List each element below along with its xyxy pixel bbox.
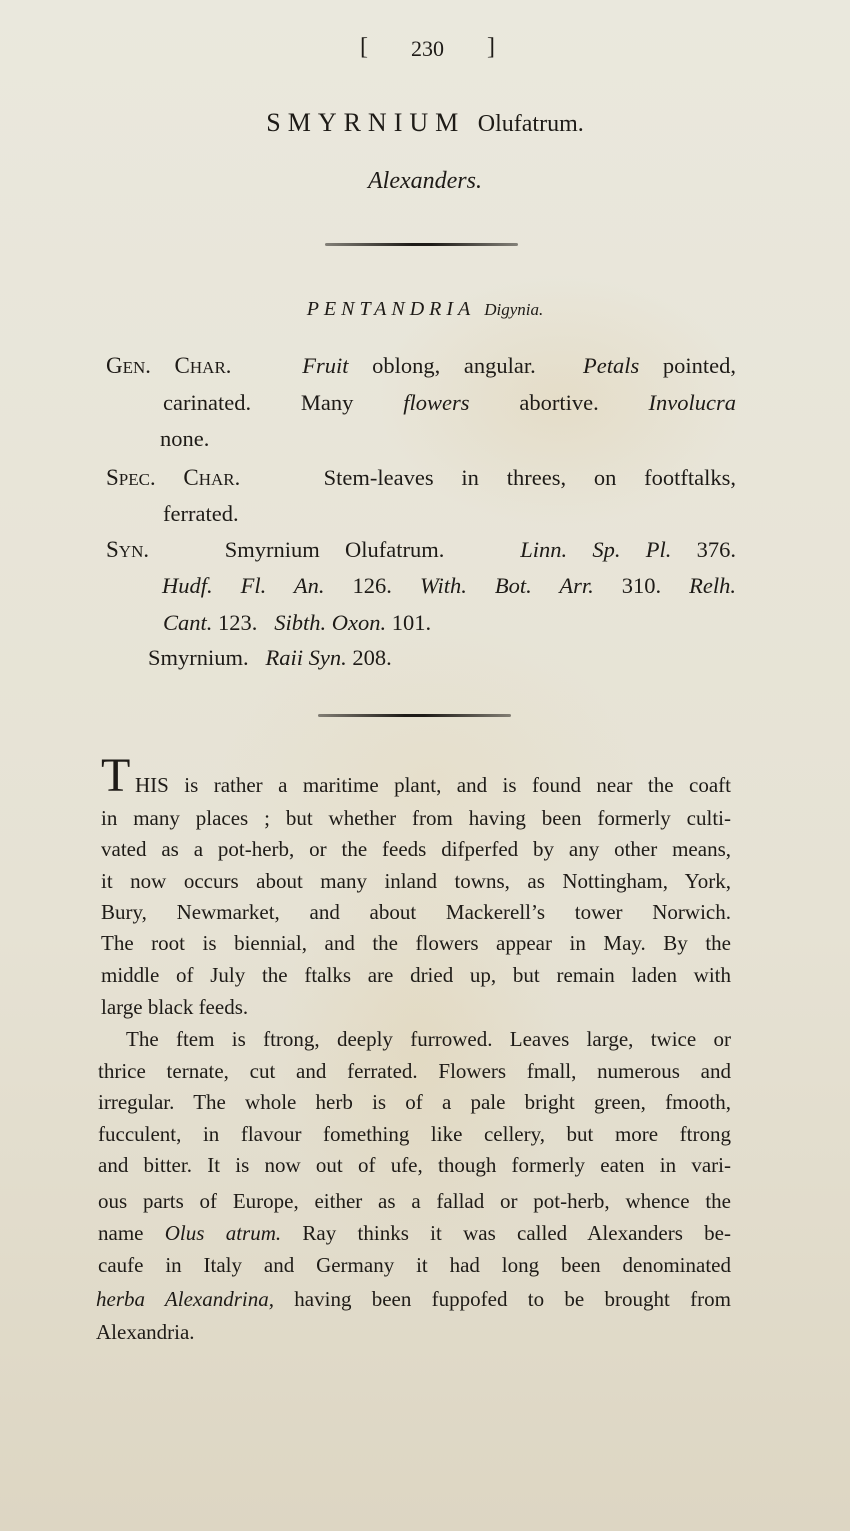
description-p1-line-8: large black feeds. bbox=[101, 992, 248, 1024]
description-p2-line-10: Alexandria. bbox=[96, 1317, 195, 1349]
page-number-bracket-open: [ bbox=[360, 34, 368, 62]
drop-cap: T bbox=[101, 752, 130, 800]
genus-name: SMYRNIUM bbox=[266, 108, 465, 137]
gen-char-line-3: none. bbox=[160, 424, 209, 454]
description-p2-line-1: The ftem is ftrong, deeply furrowed. Lea… bbox=[126, 1024, 731, 1056]
common-name: Alexanders. bbox=[0, 168, 850, 195]
gen-char-label: GEN. CHAR. bbox=[106, 353, 231, 378]
linnaean-class: PENTANDRIA bbox=[307, 298, 476, 320]
syn-line-4: Smyrnium. Raii Syn. 208. bbox=[148, 643, 392, 673]
gen-char-line-1: GEN. CHAR. Fruit oblong, angular. Petals… bbox=[106, 351, 736, 383]
description-p2-line-6: ous parts of Europe, either as a fallad … bbox=[98, 1186, 731, 1218]
description-p1-line-4: it now occurs about many inland towns, a… bbox=[101, 866, 731, 898]
linnaean-classification: PENTANDRIA Digynia. bbox=[0, 298, 850, 321]
description-p2-line-3: irregular. The whole herb is of a pale b… bbox=[98, 1087, 731, 1119]
linnaean-order: Digynia. bbox=[484, 300, 543, 319]
spec-char-line-2: ferrated. bbox=[163, 499, 239, 529]
page-number-bracket-close: ] bbox=[487, 34, 495, 62]
syn-line-2: Hudf. Fl. An. 126. With. Bot. Arr. 310. … bbox=[162, 571, 736, 601]
syn-line-3: Cant. 123. Sibth. Oxon. 101. bbox=[163, 608, 431, 638]
description-p1-line-5: Bury, Newmarket, and about Mackerell’s t… bbox=[101, 897, 731, 929]
syn-line-1: SYN. Smyrnium Olufatrum. Linn. Sp. Pl. 3… bbox=[106, 535, 736, 567]
description-p1-line-7: middle of July the ftalks are dried up, … bbox=[101, 960, 731, 992]
description-p2-line-9: herba Alexandrina, having been fuppofed … bbox=[96, 1284, 731, 1316]
page-number: [ 230 ] bbox=[360, 34, 495, 62]
description-p1-line-2: in many places ; but whether from having… bbox=[101, 803, 731, 835]
description-p2-line-4: fucculent, in flavour fomething like cel… bbox=[98, 1119, 731, 1151]
description-p2-line-2: thrice ternate, cut and ferrated. Flower… bbox=[98, 1056, 731, 1088]
description-p1-line-6: The root is biennial, and the flowers ap… bbox=[101, 928, 731, 960]
description-p1-line-1: HIS is rather a maritime plant, and is f… bbox=[135, 770, 731, 802]
spec-char-line-1: SPEC. CHAR. Stem-leaves in threes, on fo… bbox=[106, 463, 736, 495]
ornamental-rule-bottom bbox=[318, 714, 511, 717]
page-number-value: 230 bbox=[411, 34, 444, 62]
species-title: SMYRNIUM Olufatrum. bbox=[0, 108, 850, 138]
gen-char-line-2: carinated. Many flowers abortive. Involu… bbox=[163, 388, 736, 418]
ornamental-rule-top bbox=[325, 243, 518, 246]
species-epithet: Olufatrum. bbox=[478, 111, 584, 137]
description-p2-line-8: caufe in Italy and Germany it had long b… bbox=[98, 1250, 731, 1282]
syn-label: SYN. bbox=[106, 537, 149, 562]
spec-char-label: SPEC. CHAR. bbox=[106, 465, 240, 490]
description-p1-line-3: vated as a pot-herb, or the feeds difper… bbox=[101, 834, 731, 866]
description-p2-line-5: and bitter. It is now out of ufe, though… bbox=[98, 1150, 731, 1182]
description-p2-line-7: name Olus atrum. Ray thinks it was calle… bbox=[98, 1218, 731, 1250]
